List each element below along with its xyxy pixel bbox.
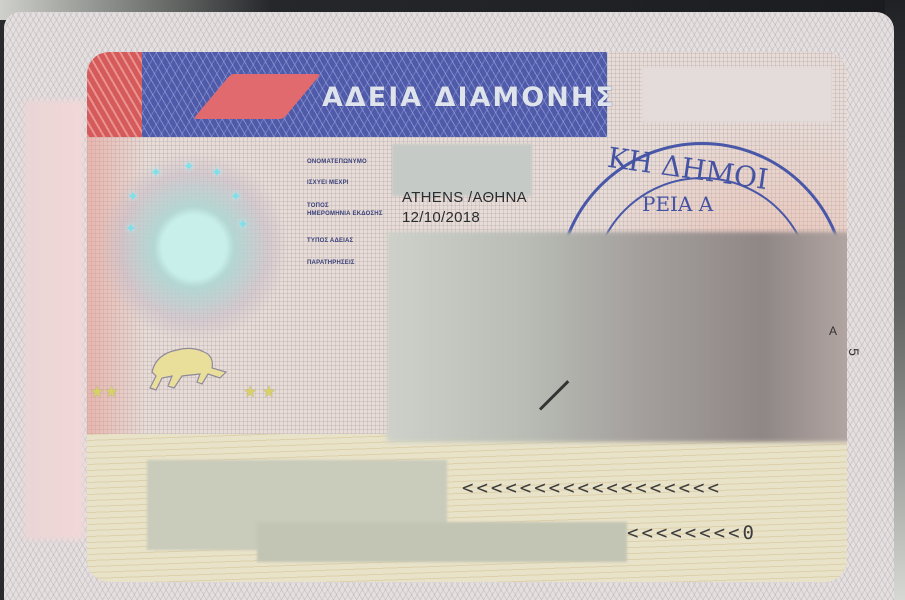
hologram-seal-icon	[99, 152, 289, 342]
document-title: ΑΔΕΙΑ ΔΙΑΜΟΝΗΣ	[322, 82, 616, 113]
label-place: ΤΟΠΟΣ	[307, 203, 329, 209]
star-icon: ✦	[230, 188, 242, 205]
redacted-mrz-line2-prefix	[257, 522, 627, 562]
residence-permit-card: ΑΔΕΙΑ ΔΙΑΜΟΝΗΣ ✦ ✦ ✦ ✦ ✦ ✦ ✦ ★★ ★ ★ ΟΝΟΜ…	[4, 12, 894, 600]
label-issue-date: ΗΜΕΡΟΜΗΝΙΑ ΕΚΔΟΣΗΣ	[307, 211, 383, 217]
stamp-inner-text: ΡΕΙΑ Α	[642, 192, 713, 216]
header-band: ΑΔΕΙΑ ΔΙΑΜΟΝΗΣ	[87, 52, 627, 137]
label-valid-until: ΙΣΧΥΕΙ ΜΕΧΡΙ	[307, 180, 349, 186]
star-row-left-icon: ★★	[90, 382, 119, 402]
mrz-line-1: <<<<<<<<<<<<<<<<<<	[462, 477, 722, 499]
value-issue-date: 12/10/2018	[402, 209, 480, 226]
star-icon: ✦	[125, 220, 137, 237]
star-icon: ✦	[183, 158, 195, 175]
redacted-left-margin	[24, 100, 84, 540]
side-mark-letter: A	[829, 324, 837, 338]
label-permit-type: ΤΥΠΟΣ ΑΔΕΙΑΣ	[307, 238, 353, 244]
permit-inner-panel: ΑΔΕΙΑ ΔΙΑΜΟΝΗΣ ✦ ✦ ✦ ✦ ✦ ✦ ✦ ★★ ★ ★ ΟΝΟΜ…	[87, 52, 847, 582]
side-mark-digit: 5	[846, 348, 862, 356]
star-icon: ✦	[211, 164, 223, 181]
mrz-line-2: <<<<<<<<0	[627, 522, 757, 544]
star-row-right-icon: ★ ★	[243, 382, 276, 402]
header-red-segment	[87, 52, 142, 137]
star-icon: ✦	[150, 164, 162, 181]
redacted-photo-and-details	[387, 232, 847, 442]
label-full-name: ΟΝΟΜΑΤΕΠΩΝΥΜΟ	[307, 159, 367, 165]
star-icon: ✦	[237, 216, 249, 233]
label-remarks: ΠΑΡΑΤΗΡΗΣΕΙΣ	[307, 260, 355, 266]
value-place: ATHENS /ΑΘΗΝΑ	[402, 189, 527, 206]
star-icon: ✦	[127, 188, 139, 205]
bull-emblem-icon	[142, 342, 237, 397]
redacted-permit-number	[642, 67, 832, 122]
